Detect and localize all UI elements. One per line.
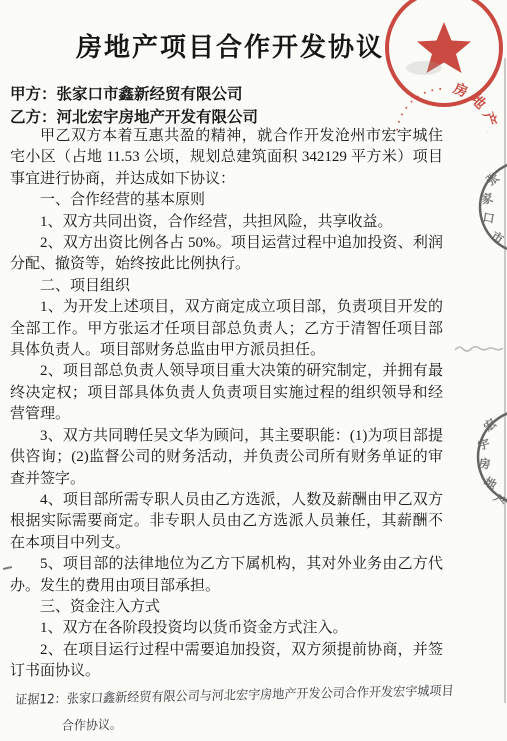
section-heading-3: 三、资金注入方式 [10,597,443,618]
ink-smudge [454,341,506,357]
edge-seal-char: 家 [480,190,495,207]
agreement-paragraph: 3、双方共同聘任吴文华为顾问，其主要职能：(1)为项目部提供咨询；(2)监督公司… [10,426,443,490]
edge-seal-char: 口 [481,210,495,226]
agreement-body: 甲乙双方本着互惠共盈的精神，就合作开发沧州市宏宇城住宅小区（占地 11.53 公… [10,126,443,683]
handwritten-evidence-note: 证据12：张家口鑫新经贸有限公司与河北宏宇房地产开发公司合作开发宏宇城项目 合作… [12,677,480,741]
agreement-paragraph: 甲乙双方本着互惠共盈的精神，就合作开发沧州市宏宇城住宅小区（占地 11.53 公… [10,126,443,190]
parties-block: 甲方：张家口市鑫新经贸有限公司 乙方：河北宏宇房地产开发有限公司 [10,84,258,129]
edge-seal-char: 张 [483,169,501,188]
edge-seal-char: 地 [482,474,500,493]
agreement-paragraph: 4、项目部所需专职人员由乙方选派，人数及薪酬由甲乙双方根据实际需要商定。非专职人… [10,490,443,554]
agreement-paragraph: 1、双方共同出资，合作经营，共担风险，共享收益。 [10,212,443,233]
party-a-row: 甲方：张家口市鑫新经贸有限公司 [10,84,258,107]
svg-text:············: ············ [372,0,446,133]
red-seal-serial-marks: ············ [372,0,446,133]
agreement-paragraph: 1、双方在各阶段投资均以货币资金方式注入。 [10,618,443,639]
agreement-paragraph: 1、为开发上述项目，双方商定成立项目部，负责项目开发的全部工作。甲方张运才任项目… [10,297,443,361]
agreement-paragraph: 2、在项目运行过程中需要追加投资，双方须提前协商，并签订书面协议。 [10,640,443,683]
party-a-name: 张家口市鑫新经贸有限公司 [57,86,243,103]
agreement-paragraph: 2、双方出资比例各占 50%。项目运营过程中追加投资、利润分配、撤资等，始终按此… [10,233,443,276]
red-seal-arc-text: 房地产开发有限公司 [399,79,501,133]
party-b-name: 河北宏宇房地产开发有限公司 [57,109,259,126]
party-a-label: 甲方： [10,86,57,103]
svg-text:房地产开发有限公司: 房地产开发有限公司 [399,79,501,133]
party-b-edge-seal-icon: 宏 宇 房 地 产 [466,404,507,519]
red-company-seal-icon: 房地产开发有限公司 ············ [372,0,507,133]
page-title: 房地产项目合作开发协议 [20,27,440,64]
section-heading-2: 二、项目组织 [10,276,443,297]
agreement-paragraph: 2、项目部总负责人领导项目重大决策的研究制定，并拥有最终决定权；项目部具体负责人… [10,361,443,425]
agreement-paragraph: 5、项目部的法律地位为乙方下属机构，其对外业务由乙方代办。发生的费用由项目部承担… [10,554,443,597]
party-b-label: 乙方： [10,109,57,126]
edge-seal-char: 宏 [480,415,499,434]
section-heading-1: 一、合作经营的基本原则 [10,190,443,211]
agreement-scan-page: 房地产项目合作开发协议 甲方：张家口市鑫新经贸有限公司 乙方：河北宏宇房地产开发… [0,0,507,741]
party-a-edge-seal-icon: 张 家 口 市 [468,156,507,266]
scan-edge-line [504,58,506,703]
edge-seal-char: 房 [477,455,492,472]
edge-seal-char: 宇 [476,435,491,453]
